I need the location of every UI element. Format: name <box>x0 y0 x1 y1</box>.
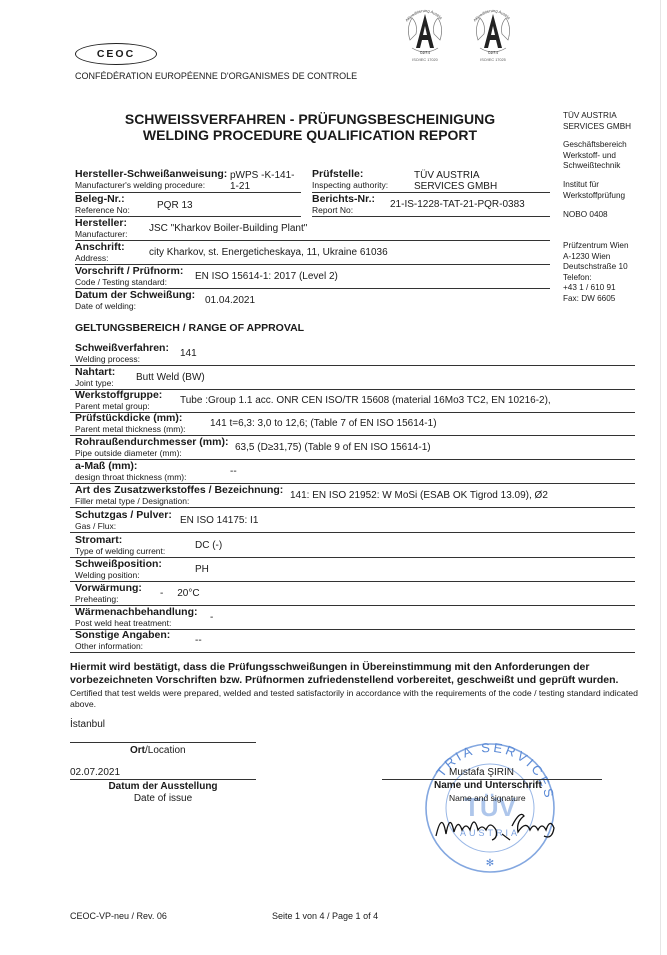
date-of-issue-label-de: Datum der Ausstellung <box>70 781 256 792</box>
signer-label-de: Name und Unterschrift <box>434 780 542 791</box>
accreditation-eagle-icon: 0274 ISO/IEC 17020 Akkreditierung Austri… <box>402 4 448 66</box>
approval-row-label: Wärmenachbehandlung:Post weld heat treat… <box>75 607 198 628</box>
field-date-welding-label: Datum der Schweißung: Date of welding: <box>75 290 195 311</box>
certification-text-german: Hiermit wird bestätigt, dass die Prüfung… <box>70 661 640 687</box>
approval-row-value: - <box>210 612 213 623</box>
organization-name: CONFÉDÉRATION EUROPÉENNE D'ORGANISMES DE… <box>75 71 357 81</box>
approval-row-value: -- <box>195 635 202 646</box>
field-authority-label: Prüfstelle: Inspecting authority: <box>312 169 388 190</box>
approval-row-value: - 20°C <box>160 588 200 599</box>
page-number: Seite 1 von 4 / Page 1 of 4 <box>272 911 378 921</box>
divider <box>70 365 635 366</box>
location-value: İstanbul <box>70 719 105 730</box>
svg-text:ISO/IEC 17025: ISO/IEC 17025 <box>480 58 506 62</box>
field-address-value: city Kharkov, st. Energeticheskaya, 11, … <box>149 247 388 258</box>
field-reference-value: PQR 13 <box>157 200 193 211</box>
sidebar-company: TÜV AUSTRIASERVICES GMBH <box>563 111 631 132</box>
sidebar-address: Prüfzentrum WienA-1230 WienDeutschstraße… <box>563 241 629 304</box>
title-german: SCHWEISSVERFAHREN - PRÜFUNGSBESCHEINIGUN… <box>60 111 560 127</box>
approval-row-label: Art des Zusatzwerkstoffes / Bezeichnung:… <box>75 485 283 506</box>
page-edge <box>660 0 661 955</box>
divider <box>70 459 635 460</box>
svg-text:0274: 0274 <box>488 50 499 55</box>
approval-row-value: Butt Weld (BW) <box>136 372 205 383</box>
divider <box>312 216 550 217</box>
accreditation-mark-17020: 0274 ISO/IEC 17020 Akkreditierung Austri… <box>402 4 448 66</box>
field-manufacturer-value: JSC "Kharkov Boiler-Building Plant" <box>149 223 307 234</box>
field-reference-label: Beleg-Nr.: Reference No: <box>75 194 130 215</box>
ceoc-logo: CEOC <box>75 43 157 65</box>
divider <box>70 532 635 533</box>
approval-row-value: 63,5 (D≥31,75) (Table 9 of EN ISO 15614-… <box>235 442 431 453</box>
accreditation-eagle-icon: 0274 ISO/IEC 17025 Akkreditierung Austri… <box>470 4 516 66</box>
field-wps-label: Hersteller-Schweißanweisung: Manufacture… <box>75 169 227 190</box>
date-of-issue-value: 02.07.2021 <box>70 767 120 778</box>
divider <box>70 652 635 653</box>
approval-row-label: Sonstige Angaben:Other information: <box>75 630 170 651</box>
divider <box>70 507 635 508</box>
field-wps-value: pWPS -K-141-1-21 <box>230 170 294 192</box>
signer-name: Mustafa ŞIRIN <box>449 767 514 778</box>
approval-row-label: Stromart:Type of welding current: <box>75 535 165 556</box>
approval-row-label: Nahtart:Joint type: <box>75 367 115 388</box>
field-report-value: 21-IS-1228-TAT-21-PQR-0383 <box>390 199 525 210</box>
approval-row-value: Tube :Group 1.1 acc. ONR CEN ISO/TR 1560… <box>180 395 551 406</box>
date-of-issue-line <box>70 779 256 780</box>
form-id: CEOC-VP-neu / Rev. 06 <box>70 911 167 921</box>
signature-scribble-icon <box>432 808 572 842</box>
range-of-approval-heading: GELTUNGSBEREICH / RANGE OF APPROVAL <box>75 322 304 334</box>
handwritten-signature <box>432 808 572 842</box>
sidebar-nobo: NOBO 0408 <box>563 210 608 221</box>
approval-row-value: EN ISO 14175: I1 <box>180 515 258 526</box>
location-line <box>70 742 256 743</box>
divider <box>70 581 635 582</box>
approval-row-label: Rohraußendurchmesser (mm):Pipe outside d… <box>75 437 228 458</box>
date-of-issue-label-en: Date of issue <box>70 793 256 804</box>
field-date-welding-value: 01.04.2021 <box>205 295 255 306</box>
accreditation-mark-17025: 0274 ISO/IEC 17025 Akkreditierung Austri… <box>470 4 516 66</box>
svg-text:ISO/IEC 17020: ISO/IEC 17020 <box>412 58 438 62</box>
approval-row-label: a-Maß (mm):design throat thickness (mm): <box>75 461 186 482</box>
field-authority-value: TÜV AUSTRIASERVICES GMBH <box>414 170 497 192</box>
sidebar-institute: Institut fürWerkstoffprüfung <box>563 180 625 201</box>
signer-label-en: Name and signature <box>449 793 526 803</box>
approval-row-value: 141 <box>180 348 197 359</box>
field-standard-label: Vorschrift / Prüfnorm: Code / Testing st… <box>75 266 183 287</box>
approval-row-value: 141 t=6,3: 3,0 to 12,6; (Table 7 of EN I… <box>210 418 437 429</box>
field-standard-value: EN ISO 15614-1: 2017 (Level 2) <box>195 271 338 282</box>
svg-text:✻: ✻ <box>486 858 494 869</box>
approval-row-label: Prüfstückdicke (mm):Parent metal thickne… <box>75 413 186 434</box>
approval-row-label: Schutzgas / Pulver:Gas / Flux: <box>75 510 172 531</box>
sidebar-division: GeschäftsbereichWerkstoff- undSchweißtec… <box>563 140 627 172</box>
divider <box>75 240 550 241</box>
field-address-label: Anschrift: Address: <box>75 242 125 263</box>
approval-row-label: Schweißverfahren:Welding process: <box>75 343 169 364</box>
approval-row-label: Vorwärmung:Preheating: <box>75 583 142 604</box>
field-manufacturer-label: Hersteller: Manufacturer: <box>75 218 127 239</box>
approval-row-label: Schweißposition:Welding position: <box>75 559 162 580</box>
title-english: WELDING PROCEDURE QUALIFICATION REPORT <box>60 127 560 143</box>
svg-text:0274: 0274 <box>420 50 431 55</box>
certification-text-english: Certified that test welds were prepared,… <box>70 688 640 710</box>
approval-row-value: 141: EN ISO 21952: W MoSi (ESAB OK Tigro… <box>290 490 548 501</box>
approval-row-label: Werkstoffgruppe:Parent metal group: <box>75 390 162 411</box>
approval-row-value: DC (-) <box>195 540 222 551</box>
approval-row-value: -- <box>230 466 237 477</box>
approval-row-value: PH <box>195 564 209 575</box>
location-label: Ort/Location <box>130 745 186 756</box>
field-report-label: Berichts-Nr.: Report No: <box>312 194 375 215</box>
